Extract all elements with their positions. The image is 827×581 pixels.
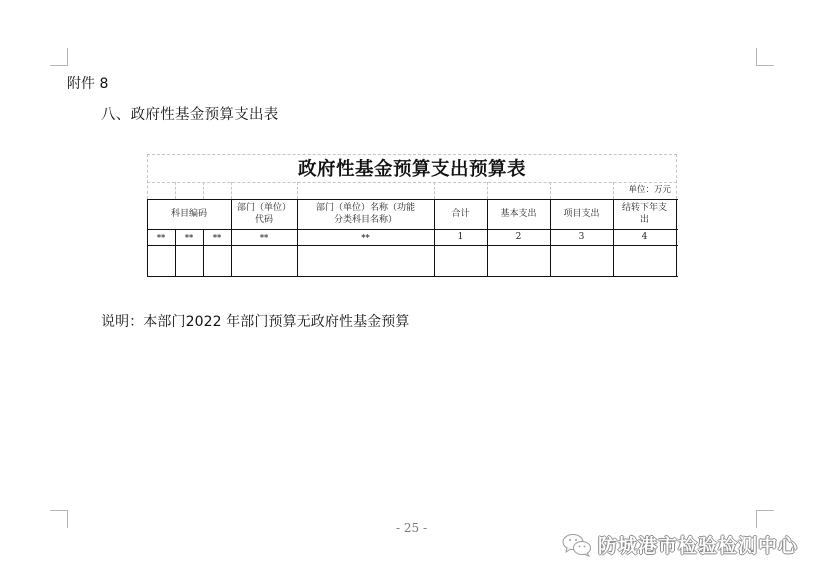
data-row: [147, 245, 677, 276]
wechat-icon: [562, 533, 592, 557]
grid-line: [175, 182, 176, 199]
header-dept-code: 部门（单位）代码: [231, 199, 297, 229]
note-text: 说明：本部门2022 年部门预算无政府性基金预算: [101, 311, 409, 331]
grid-line: [297, 182, 298, 199]
index-cell: 1: [434, 229, 487, 245]
grid-line: [203, 182, 204, 199]
grid-line: [231, 182, 232, 199]
crop-mark-bottom-right-h: [756, 510, 774, 511]
index-cell: **: [147, 229, 175, 245]
grid-line: [147, 182, 677, 183]
watermark-text: 防城港市检验检测中心: [598, 531, 798, 558]
grid-line: [434, 182, 435, 199]
grid-line: [550, 182, 551, 199]
index-cell: **: [203, 229, 231, 245]
budget-table: 政府性基金预算支出预算表 单位：万元 科目编码 部门（单位）代码 部门（单位）名…: [147, 154, 677, 276]
header-dept-name: 部门（单位）名称（功能分类科目名称）: [297, 199, 434, 229]
header-basic: 基本支出: [487, 199, 550, 229]
index-cell: **: [231, 229, 297, 245]
crop-mark-top-right-h: [756, 65, 774, 66]
index-cell: **: [175, 229, 203, 245]
unit-label: 单位：万元: [628, 183, 671, 195]
index-cell: **: [297, 229, 434, 245]
crop-mark-top-left-v: [67, 48, 68, 65]
index-cell: 4: [613, 229, 676, 245]
table-title: 政府性基金预算支出预算表: [147, 154, 677, 182]
crop-mark-bottom-left-v: [67, 510, 68, 528]
crop-mark-bottom-right-v: [756, 510, 757, 528]
index-cell: 2: [487, 229, 550, 245]
attachment-label: 附件 8: [67, 73, 108, 93]
watermark: 防城港市检验检测中心: [562, 531, 798, 558]
header-subject-code: 科目编码: [147, 199, 231, 229]
header-total: 合计: [434, 199, 487, 229]
table-border: [147, 276, 678, 277]
crop-mark-top-right-v: [756, 48, 757, 65]
header-project: 项目支出: [550, 199, 613, 229]
header-carryover: 结转下年支出: [613, 199, 676, 229]
grid-line: [613, 182, 614, 199]
crop-mark-top-left-h: [50, 65, 68, 66]
page-number: - 25 -: [396, 521, 427, 535]
grid-line: [487, 182, 488, 199]
index-cell: 3: [550, 229, 613, 245]
crop-mark-bottom-left-h: [50, 510, 68, 511]
section-title: 八、政府性基金预算支出表: [101, 103, 279, 124]
